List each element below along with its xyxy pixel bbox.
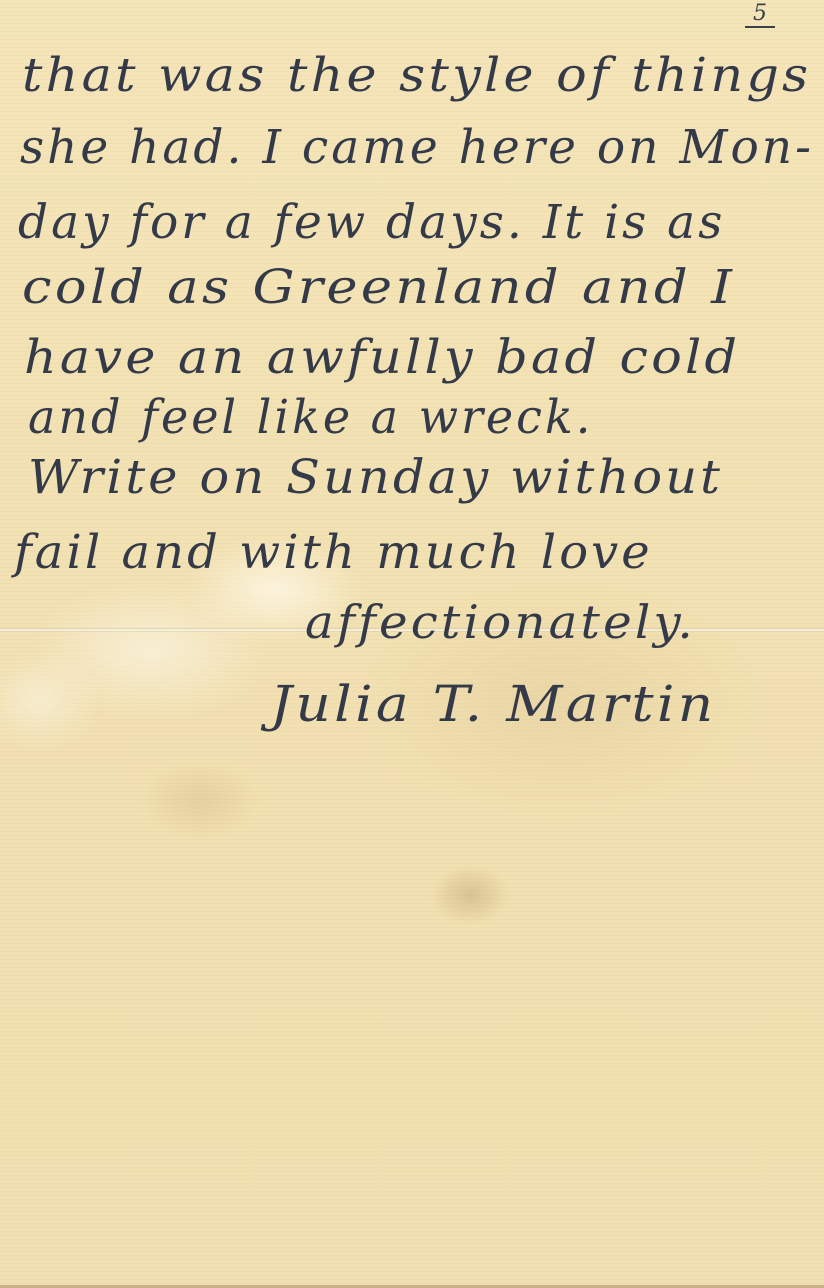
page-number: 5	[745, 2, 775, 28]
letter-line-2: she had. I came here on Mon-	[20, 120, 814, 175]
letter-page: 5 that was the style of things she had. …	[0, 0, 824, 1288]
letter-line-6: and feel like a wreck.	[28, 390, 593, 445]
letter-line-3: day for a few days. It is as	[18, 195, 725, 250]
letter-line-8: fail and with much love	[14, 525, 653, 580]
letter-line-4: cold as Greenland and I	[22, 260, 735, 315]
letter-line-5: have an awfully bad cold	[24, 330, 740, 385]
letter-line-1: that was the style of things	[22, 48, 811, 103]
letter-closing: affectionately.	[305, 595, 696, 649]
letter-signature: Julia T. Martin	[270, 675, 717, 733]
letter-line-7: Write on Sunday without	[28, 450, 723, 505]
